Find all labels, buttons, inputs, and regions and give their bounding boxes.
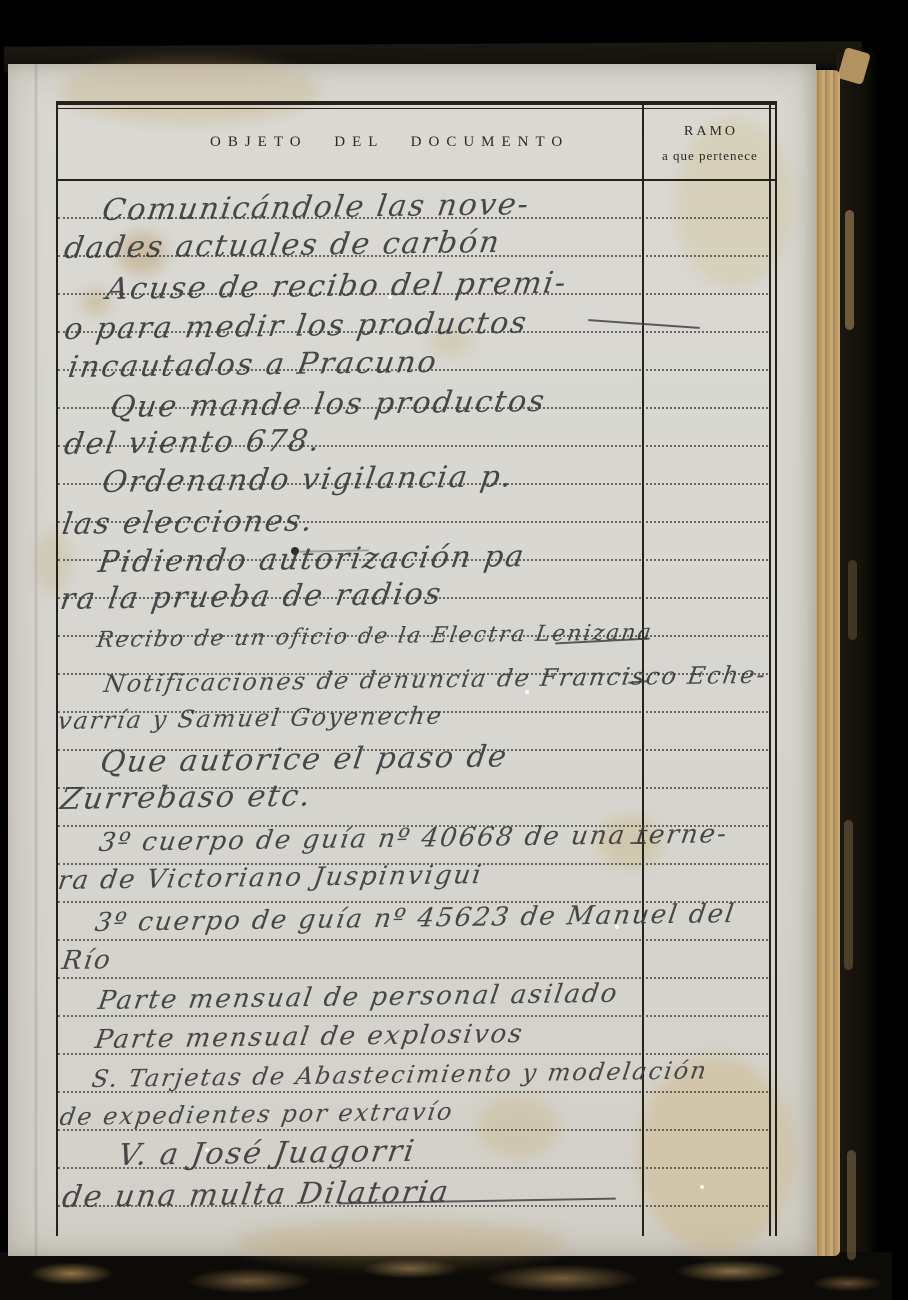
header-separator-line <box>56 179 777 181</box>
entry-line: Zurrebaso etc. <box>58 779 314 817</box>
entry-line: ra la prueba de radios <box>58 577 445 617</box>
ruled-line-ramo <box>646 863 768 865</box>
ruled-line-ramo <box>646 1015 768 1017</box>
ruled-line-ramo <box>646 483 768 485</box>
ruled-line-ramo <box>646 1167 768 1169</box>
ruled-line-ramo <box>646 1205 768 1207</box>
ruled-line-ramo <box>646 597 768 599</box>
age-stain <box>236 1222 566 1264</box>
ruled-line-ramo <box>646 1129 768 1131</box>
table-top-border-thin <box>56 108 777 109</box>
ruled-line-ramo <box>646 521 768 523</box>
cover-scuff-mark <box>845 210 854 330</box>
ink-flourish <box>630 842 646 844</box>
ruled-line-ramo <box>646 331 768 333</box>
ruled-line-ramo <box>646 407 768 409</box>
page-gutter-fold <box>34 64 38 1256</box>
table-right-border-inner <box>769 101 771 1236</box>
ruled-line-objeto <box>58 939 641 941</box>
entry-line: Parte mensual de explosivos <box>93 1019 526 1055</box>
ruled-line-ramo <box>646 369 768 371</box>
entry-line: de expedientes por extravío <box>58 1098 456 1131</box>
entry-line: las elecciones. <box>60 504 316 542</box>
ruled-line-ramo <box>646 217 768 219</box>
entry-line: Ordenando vigilancia p. <box>100 459 516 500</box>
table-top-border-thick <box>56 101 777 105</box>
entry-line: V. a José Juagorri <box>116 1134 418 1173</box>
column-title-objeto: OBJETO DEL DOCUMENTO <box>210 134 569 151</box>
ink-blot <box>291 547 299 555</box>
page-edge-stack <box>814 70 840 1256</box>
ruled-line-ramo <box>646 1053 768 1055</box>
entry-line: varría y Samuel Goyeneche <box>56 702 445 735</box>
ruled-line-ramo <box>646 635 768 637</box>
entry-line: incautados a Pracuno <box>66 345 440 385</box>
ruled-line-ramo <box>646 711 768 713</box>
ruled-line-ramo <box>646 255 768 257</box>
age-stain <box>60 58 320 124</box>
entry-line: ra de Victoriano Juspinvigui <box>56 860 485 896</box>
ruled-line-ramo <box>646 293 768 295</box>
entry-line: Que mande los productos <box>108 384 548 425</box>
ruled-line-ramo <box>646 787 768 789</box>
cover-scuff-mark <box>847 1150 856 1260</box>
column-title-ramo: RAMO <box>684 124 738 140</box>
cover-scuff-mark <box>848 560 857 640</box>
table-right-border-outer <box>775 101 777 1236</box>
ruled-line-ramo <box>646 559 768 561</box>
ruled-line-ramo <box>646 749 768 751</box>
ruled-line-ramo <box>646 939 768 941</box>
entry-line: Que autorice el paso de <box>98 739 510 780</box>
ruled-line-ramo <box>646 445 768 447</box>
cover-scuff-mark <box>844 820 853 970</box>
entry-line: dades actuales de carbón <box>62 225 503 266</box>
book-cover-edge-right <box>836 52 878 1300</box>
entry-line: Acuse de recibo del premi- <box>104 266 570 307</box>
entry-line: de una multa Dilatoria <box>60 1175 452 1215</box>
photo-background: OBJETO DEL DOCUMENTO RAMO a que pertenec… <box>0 0 908 1300</box>
entry-line: Pidiendo autorización pa <box>96 539 528 580</box>
entry-line: Río <box>60 945 114 976</box>
column-subtitle-ramo: a que pertenece <box>662 148 758 164</box>
entry-line: o para medir los productos <box>62 306 530 347</box>
table-left-border <box>56 101 58 1236</box>
ruled-line-ramo <box>646 977 768 979</box>
paper-speck <box>700 1185 704 1189</box>
entry-line: del viento 678. <box>62 423 324 462</box>
age-stain <box>476 1096 560 1158</box>
ruled-line-ramo <box>646 1091 768 1093</box>
entry-line: Comunicándole las nove- <box>100 187 532 228</box>
